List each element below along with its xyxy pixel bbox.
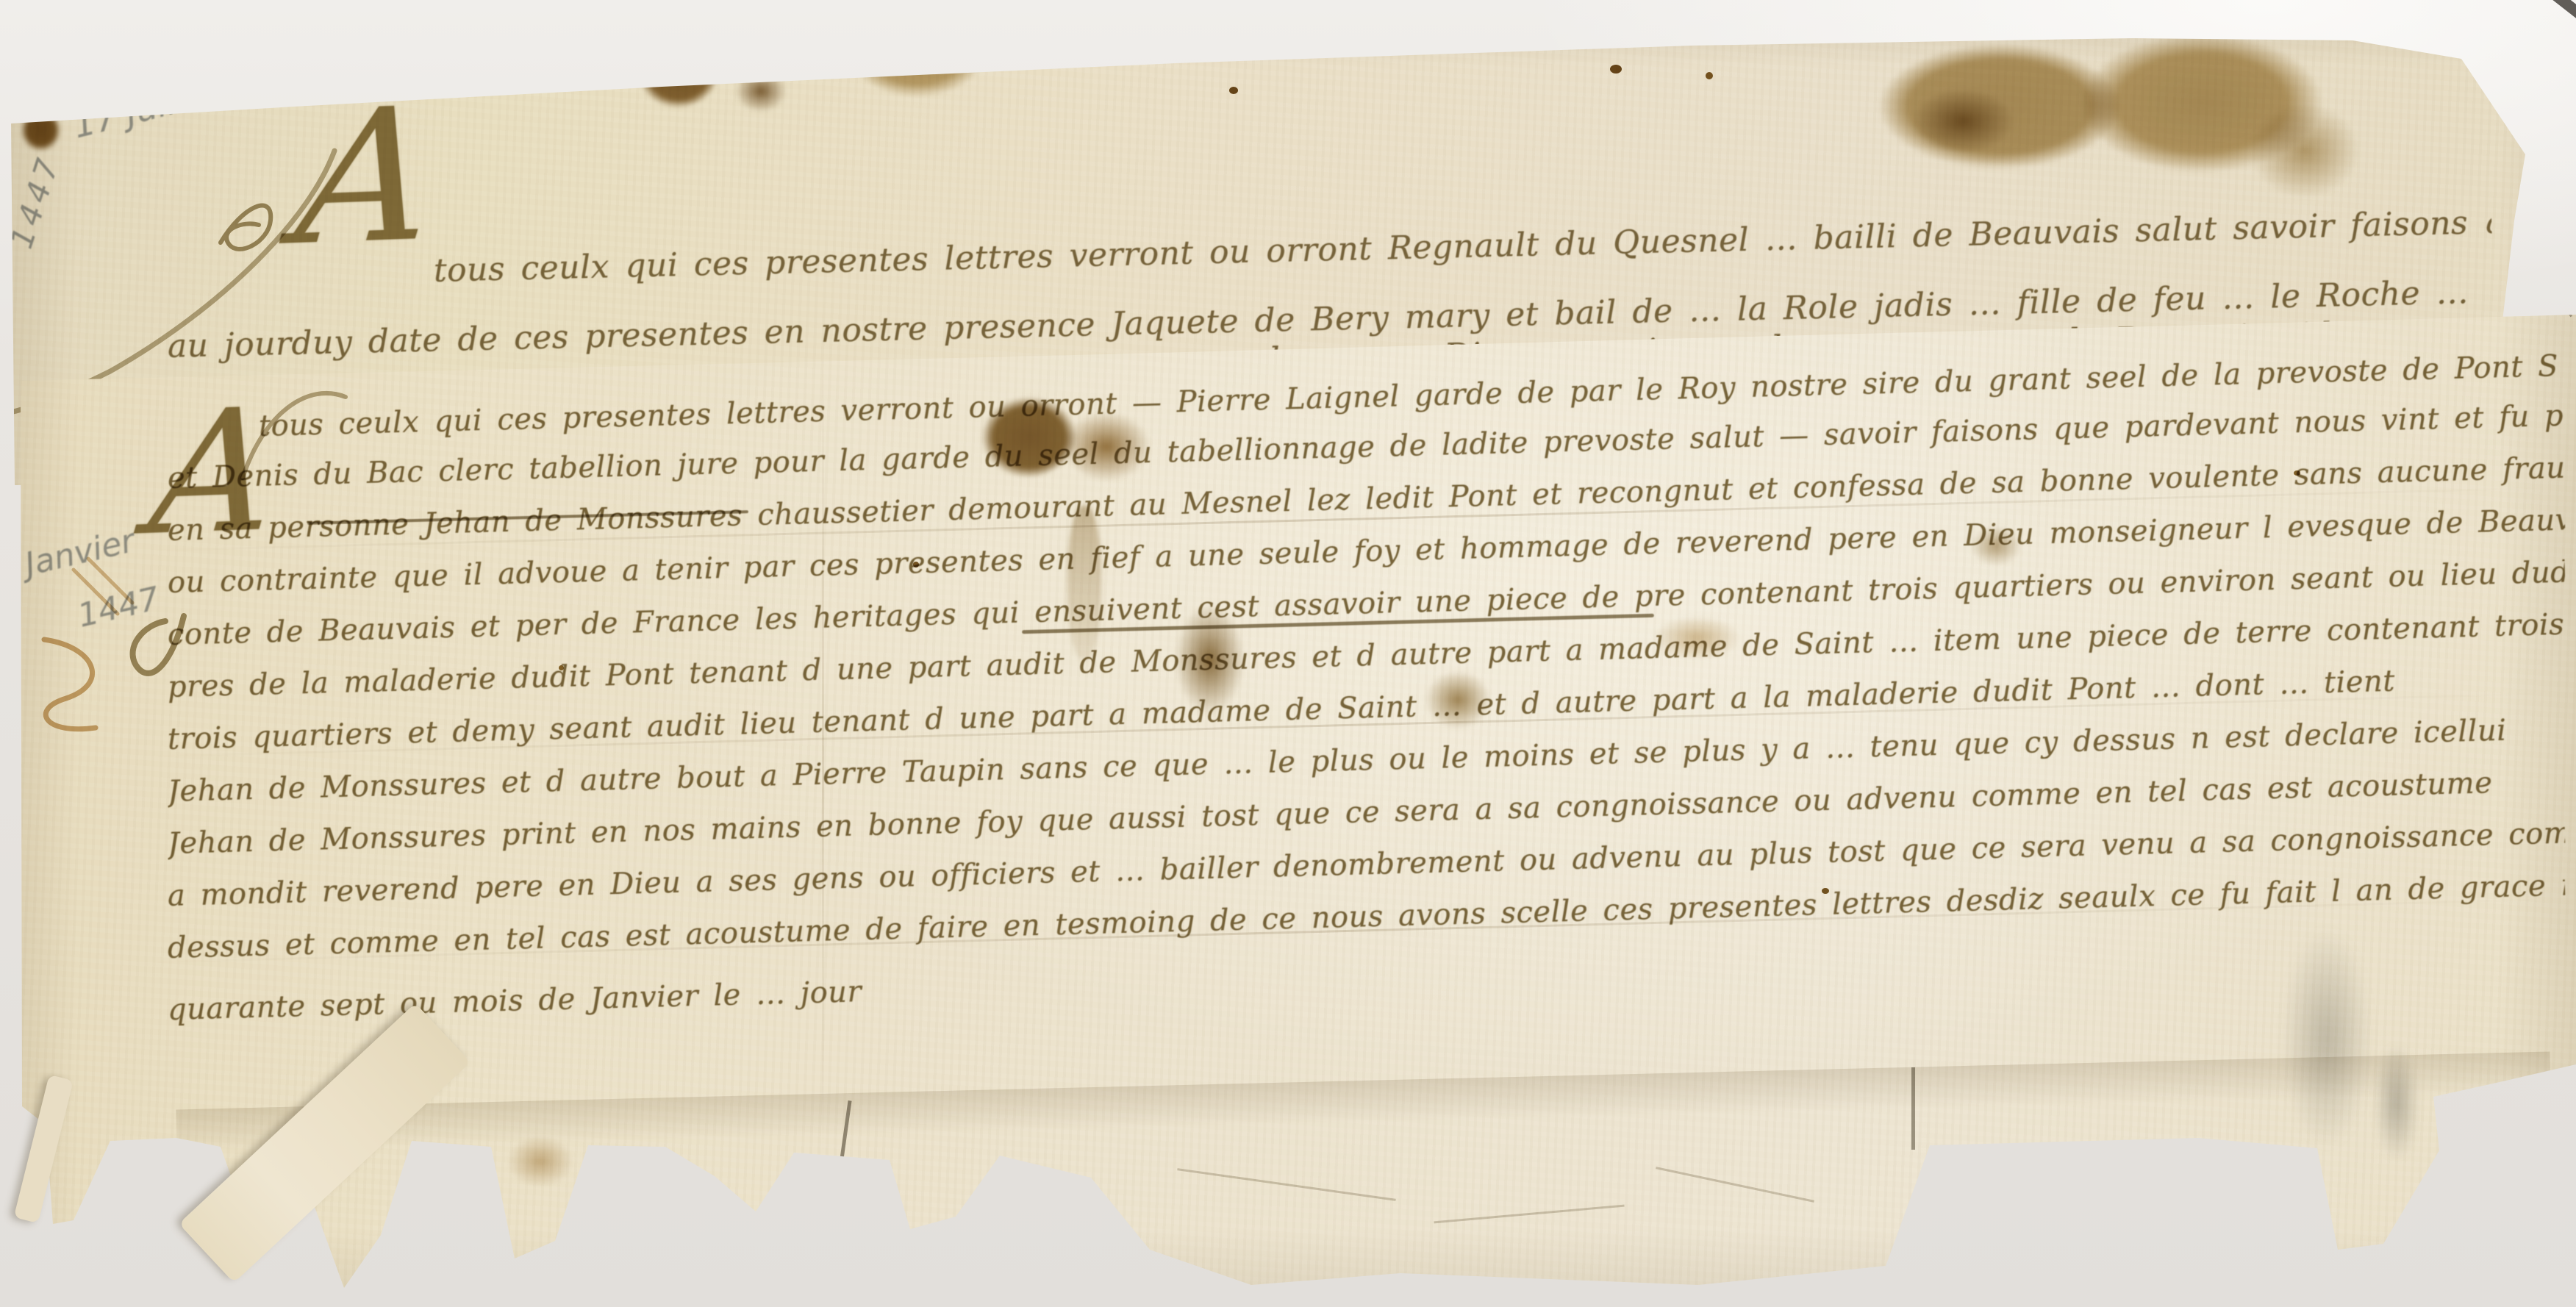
flap-wrinkle xyxy=(1177,1168,1395,1201)
tan-stain xyxy=(507,1136,573,1187)
seal-slit xyxy=(1911,1067,1915,1150)
manuscript-scan: A tous ceulx qui ces presentes lettres v… xyxy=(0,0,2576,1307)
ink-speck xyxy=(1229,87,1238,94)
decorated-initial-top: A xyxy=(291,92,442,262)
grey-smudge xyxy=(2283,928,2371,1148)
ink-speck xyxy=(1706,72,1713,79)
flap-wrinkle xyxy=(1656,1167,1814,1203)
ink-speck xyxy=(1610,65,1622,74)
water-stain xyxy=(735,70,787,112)
water-stain xyxy=(706,16,772,71)
teal-speck xyxy=(1035,1214,1042,1226)
charter-text-line-date: quarante sept ou mois de Janvier le … jo… xyxy=(167,965,1270,1026)
water-stain xyxy=(849,9,985,97)
grey-smudge xyxy=(2375,1044,2419,1161)
scan-corner-mark xyxy=(2524,0,2576,36)
water-stain xyxy=(638,38,719,108)
water-stain xyxy=(2250,103,2360,198)
flap-wrinkle xyxy=(1434,1205,1624,1224)
charter-top-text-line: tous ceulx qui ces presentes lettres ver… xyxy=(433,205,2491,289)
stain-drip xyxy=(1067,506,1101,660)
